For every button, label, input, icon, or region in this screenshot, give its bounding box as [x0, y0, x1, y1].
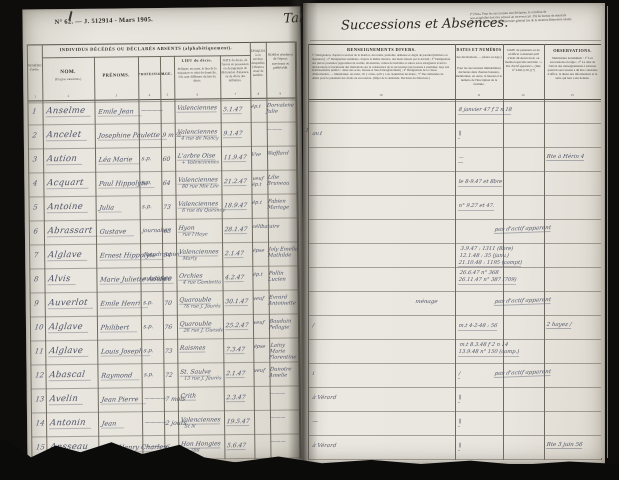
cell-obs: 2 hayez / [546, 322, 572, 329]
rule-vertical [308, 44, 309, 460]
cell-decl: — [458, 155, 464, 163]
cell-decl: m.t 4-2-48 : 56 [458, 323, 498, 331]
col-header-decl-sub2: Pour les successions immobilières déclar… [456, 66, 502, 86]
cell-decl: n° 9.27 et 47. [458, 203, 495, 211]
cell-ren_r: ménage [415, 299, 438, 305]
cell-decl: 26.6.47 n° 368 26.11.47 n° 387 (709) [458, 270, 518, 285]
cell-obs: Rte à Hérin 4 [546, 154, 585, 161]
cell-decl: 8 janvier 47 f 2 n 18 [458, 107, 512, 115]
cell-decl: m.t 8.3.48 f 2 n 14 13.9.48 n° 150 (comp… [458, 342, 521, 357]
cell-ren: av.t [312, 131, 323, 137]
right-page: Successions et Absences. (*) Nota. Pour … [0, 0, 619, 480]
cell-obs: Rte 3 juin 56 [546, 442, 583, 449]
cell-ren: à Vérard [312, 443, 337, 449]
col-header-decl-title: DATES ET NUMÉROS [455, 48, 503, 52]
column-mark: 11 [475, 93, 483, 97]
col-header-decl-sub1: des déclarations. — (lieux ou legs.) [456, 55, 502, 59]
col-header-renseignements: RENSEIGNEMENTS DIVERS. [308, 47, 455, 52]
rule-vertical [455, 44, 456, 460]
cell-ren: — [312, 419, 318, 425]
col-header-observations: OBSERVATIONS. [544, 48, 601, 53]
cell-decl: 3.9.47 : 1311 (8bre) 12.1.48 : 35 (janv.… [458, 246, 524, 267]
column-mark: 13 [568, 93, 576, 97]
rule-horizontal [310, 40, 601, 41]
page-stack-edge [601, 6, 609, 458]
col-header-observations-sub: Mentionner notamment : 1° Les succession… [546, 56, 599, 80]
col-header-paiement: DATE du paiement ou du certificat consta… [504, 48, 543, 72]
col-header-renseignements-sub: 1° Désignation, d'après la section de la… [312, 54, 451, 81]
scanned-register-spread: N° 62. — J. 512914 - Mars 1905. Table de… [0, 0, 619, 480]
rule-vertical [544, 44, 545, 460]
column-mark: 10 [377, 93, 385, 97]
cell-decl: le 8-9.47 et 8bre [458, 179, 503, 187]
column-mark: 12 [519, 93, 527, 97]
cell-ren: à Vérard [312, 395, 337, 401]
